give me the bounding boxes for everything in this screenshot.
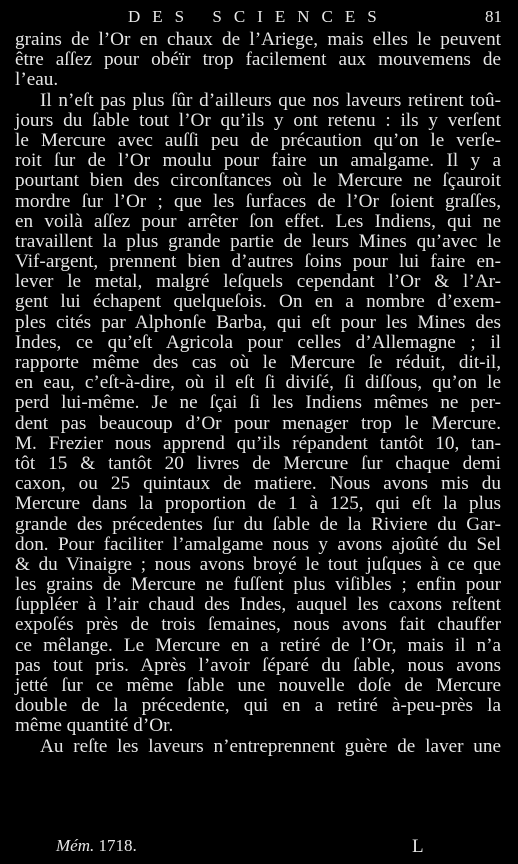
text-line: même quantité d’Or. <box>15 716 501 736</box>
text-line: jetté ſur ce même ſable une nouvelle doſ… <box>15 676 501 696</box>
text-line: jours du ſable tout l’Or qu’ils y ont re… <box>15 111 501 131</box>
text-line: Il n’eſt pas plus ſûr d’ailleurs que nos… <box>15 91 501 111</box>
text-line: l’eau. <box>15 70 501 90</box>
text-line: rapporte même des cas où le Mercure ſe r… <box>15 353 501 373</box>
paragraph-1: grains de l’Or en chaux de l’Ariege, mai… <box>15 30 501 91</box>
text-line: don. Pour faciliter l’amalgame nous y av… <box>15 535 501 555</box>
running-head: DES SCIENCES 81 <box>0 4 518 26</box>
text-line: & du Vinaigre ; nous avons broyé le tout… <box>15 555 501 575</box>
text-line: pourtant bien des circonſtances où le Me… <box>15 171 501 191</box>
text-line: perd lui-même. Je ne ſçai ſi les Indiens… <box>15 393 501 413</box>
text-line: les grains de Mercure ne fuſſent plus vi… <box>15 575 501 595</box>
text-line: dent pas beaucoup d’Or pour menager trop… <box>15 414 501 434</box>
signature-year: 1718. <box>98 836 136 855</box>
text-line: être aſſez pour obéïr trop facilement au… <box>15 50 501 70</box>
paragraph-3: Au reſte les laveurs n’entreprennent guè… <box>15 737 501 757</box>
text-line: travaillent la plus grande partie de leu… <box>15 232 501 252</box>
text-line: en voilà aſſez pour arrêter ſon effet. L… <box>15 212 501 232</box>
text-line: pas tout pris. Après l’avoir ſéparé du ſ… <box>15 656 501 676</box>
text-line: Vif-argent, prennent bien d’autres ſoins… <box>15 252 501 272</box>
text-line: tôt 15 & tantôt 20 livres de Mercure ſur… <box>15 454 501 474</box>
signature-mark: L <box>412 836 424 858</box>
text-line: expoſés près de trois ſemaines, nous avo… <box>15 615 501 635</box>
text-line: gent lui échapent quelqueſois. On en a n… <box>15 292 501 312</box>
text-line: ſuppléer à l’air chaud des Indes, auquel… <box>15 595 501 615</box>
text-line: en eau, c’eſt-à-dire, où il eſt ſi diviſ… <box>15 373 501 393</box>
paragraph-2: Il n’eſt pas plus ſûr d’ailleurs que nos… <box>15 91 501 737</box>
text-line: grains de l’Or en chaux de l’Ariege, mai… <box>15 30 501 50</box>
text-line: ce mêlange. Le Mercure en a retiré de l’… <box>15 636 501 656</box>
text-line: lever le metal, malgré leſquels cependan… <box>15 272 501 292</box>
text-line: M. Frezier nous apprend qu’ils répandent… <box>15 434 501 454</box>
running-title: DES SCIENCES <box>128 7 389 27</box>
text-line: caxon, ou 25 quintaux de matiere. Nous a… <box>15 474 501 494</box>
text-line: grande des précedentes ſur du ſable de l… <box>15 515 501 535</box>
text-line: le Mercure avec auſſi peu de précaution … <box>15 131 501 151</box>
body-text: grains de l’Or en chaux de l’Ariege, mai… <box>15 30 501 757</box>
text-line: ples cités par Alphonſe Barba, qui eſt p… <box>15 313 501 333</box>
text-line: Mercure dans la proportion de 1 à 125, q… <box>15 494 501 514</box>
text-line: double de la précedente, qui en a retiré… <box>15 696 501 716</box>
text-line: Indes, ce qu’eſt Agricola pour celles d’… <box>15 333 501 353</box>
text-line: roit ſur de l’Or moulu pour faire un ama… <box>15 151 501 171</box>
signature-label: Mém. 1718. <box>56 836 137 856</box>
page-footer: Mém. 1718. L <box>0 836 518 860</box>
page-number: 81 <box>485 7 502 27</box>
text-line: mordre ſur l’Or ; que les ſurfaces de l’… <box>15 192 501 212</box>
text-line: Au reſte les laveurs n’entreprennent guè… <box>15 737 501 757</box>
signature-abbrev: Mém. <box>56 836 94 855</box>
book-page: DES SCIENCES 81 grains de l’Or en chaux … <box>0 0 518 864</box>
